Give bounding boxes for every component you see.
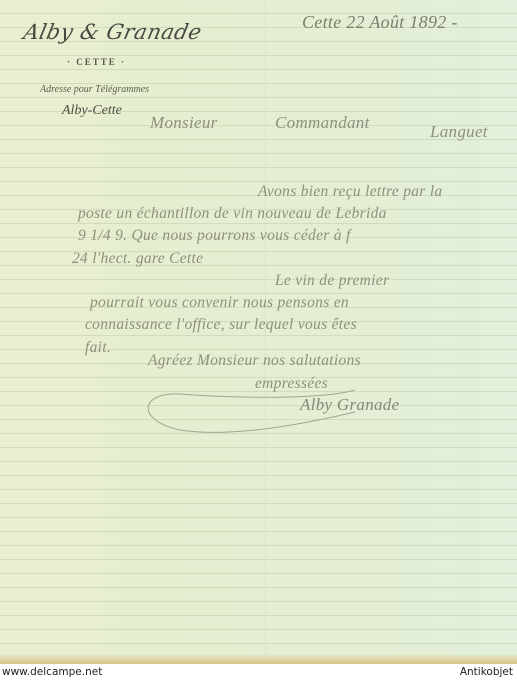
paper-bottom-edge xyxy=(0,655,517,664)
salutation-name: Languet xyxy=(430,122,488,142)
salutation-title: Commandant xyxy=(275,113,370,133)
letterhead-company-name: Alby & Granade xyxy=(21,20,204,44)
watermark-site: www.delcampe.net xyxy=(2,666,102,678)
letter-date: Cette 22 Août 1892 - xyxy=(302,12,458,33)
body-line: Le vin de premier xyxy=(275,272,389,290)
body-line: poste un échantillon de vin nouveau de L… xyxy=(78,205,387,223)
body-line: pourrait vous convenir nous pensons en xyxy=(90,294,349,312)
body-line: 24 l'hect. gare Cette xyxy=(72,250,203,268)
letterhead-telegram-address: Alby-Cette xyxy=(62,103,122,119)
letterhead-city: · CETTE · xyxy=(67,57,126,67)
salutation-monsieur: Monsieur xyxy=(150,113,218,133)
letterhead-telegram-label: Adresse pour Télégrammes xyxy=(40,84,149,95)
body-line: Avons bien reçu lettre par la xyxy=(258,183,442,201)
signature: Alby Granade xyxy=(300,395,399,415)
body-line: connaissance l'office, sur lequel vous ê… xyxy=(85,316,357,334)
watermark-seller: Antikobjet xyxy=(460,666,513,678)
body-line: fait. xyxy=(85,339,111,357)
letter-paper: Alby & Granade · CETTE · Adresse pour Té… xyxy=(0,0,517,664)
closing-salutation: Agréez Monsieur nos salutations xyxy=(148,352,361,370)
body-line: 9 1/4 9. Que nous pourrons vous céder à … xyxy=(78,227,351,245)
